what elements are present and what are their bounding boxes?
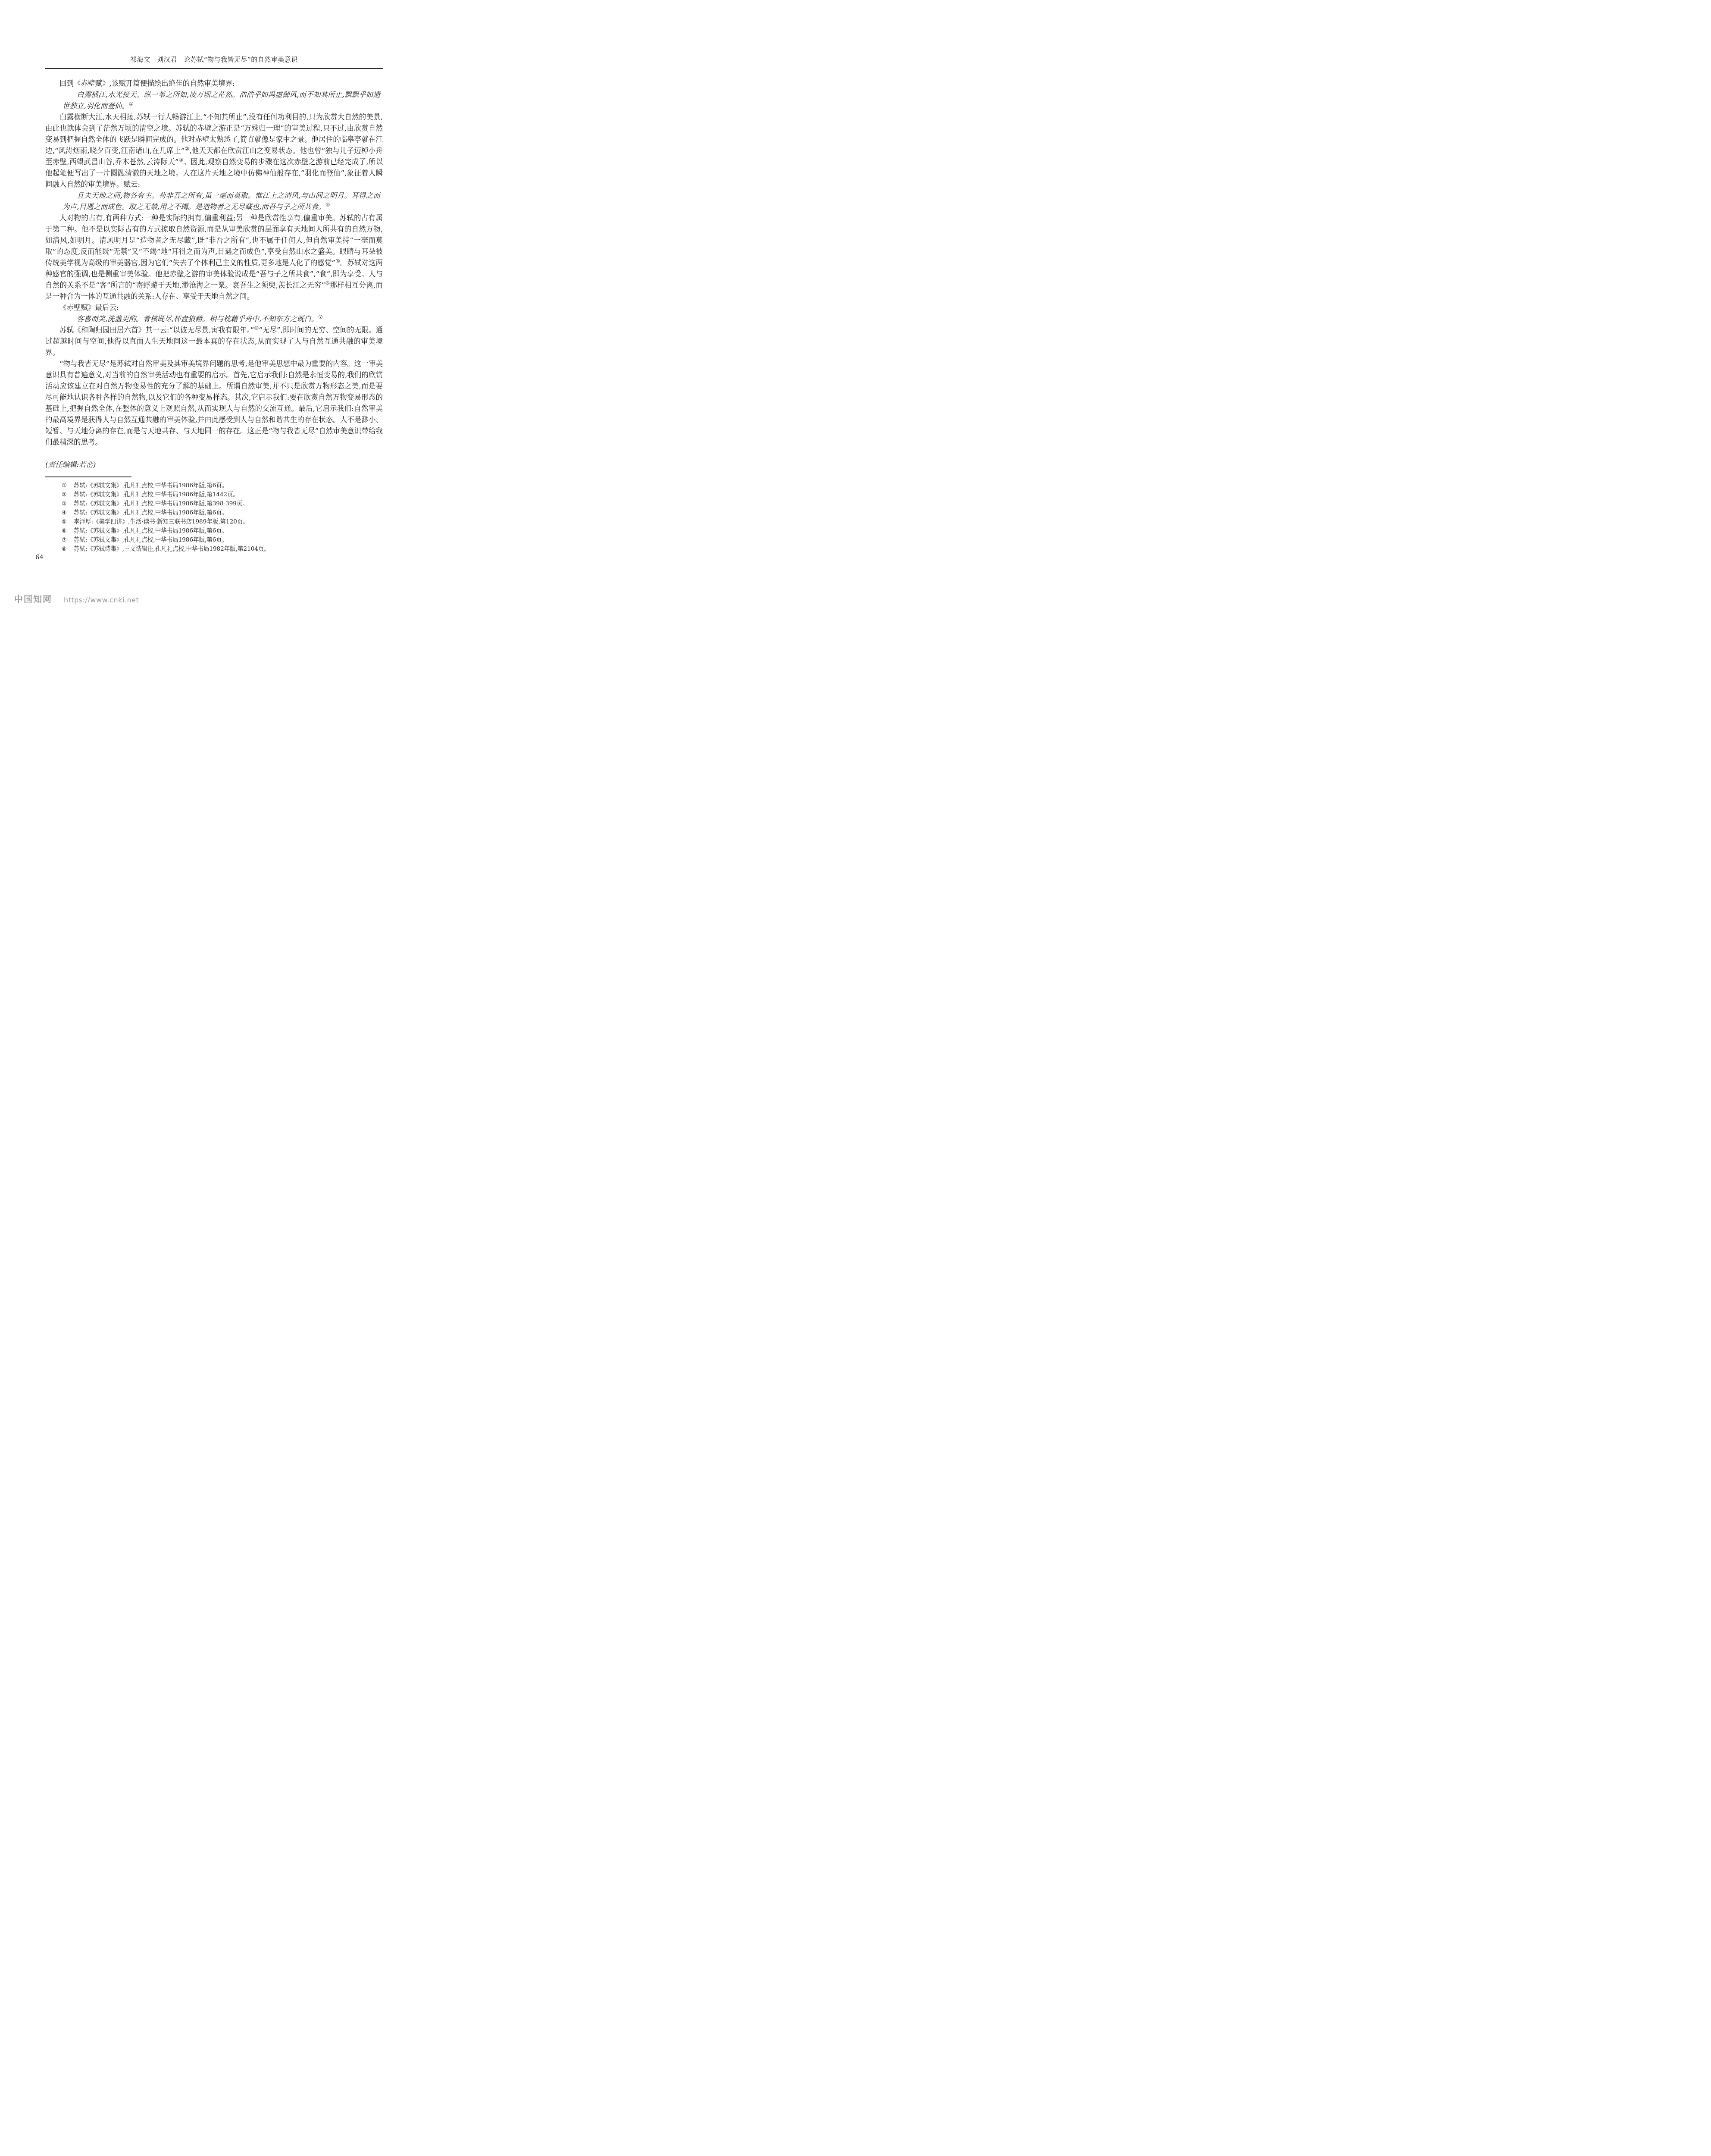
paragraph: 人对物的占有,有两种方式:一种是实际的拥有,偏重利益;另一种是欣赏性享有,偏重审… xyxy=(45,213,383,302)
footnote-text: 苏轼:《苏轼文集》,孔凡礼点校,中华书局1986年版,第6页。 xyxy=(74,481,383,490)
footnote: ⑧ 苏轼:《苏轼诗集》,王文诰辑注,孔凡礼点校,中华书局1982年版,第2104… xyxy=(62,545,383,554)
footnote-text: 苏轼:《苏轼文集》,孔凡礼点校,中华书局1986年版,第1442页。 xyxy=(74,490,383,499)
footnote-text: 苏轼:《苏轼文集》,孔凡礼点校,中华书局1986年版,第398-399页。 xyxy=(74,499,383,508)
footnote: ⑦ 苏轼:《苏轼文集》,孔凡礼点校,中华书局1986年版,第6页。 xyxy=(62,536,383,545)
footnote-marker: ② xyxy=(62,491,69,499)
footnote-marker: ③ xyxy=(62,500,69,508)
header-divider xyxy=(45,68,383,69)
footnote-marker: ⑦ xyxy=(62,536,69,545)
cnki-footer: 中国知网 https://www.cnki.net xyxy=(14,592,139,605)
footnote-marker: ④ xyxy=(62,509,69,517)
editor-credit: (责任编辑:若峦) xyxy=(45,459,383,470)
running-head: 祁海文 刘汉君 论苏轼“物与我皆无尽”的自然审美意识 xyxy=(45,55,383,64)
footnote-text: 李泽厚:《美学四讲》,生活·读书·新知三联书店1989年版,第120页。 xyxy=(74,517,383,526)
cnki-brand-text: 中国知网 xyxy=(14,592,52,605)
block-quote: 白露横江,水光接天。纵一苇之所如,凌万顷之茫然。浩浩乎如冯虚御风,而不知其所止,… xyxy=(63,89,380,112)
footnote-text: 苏轼:《苏轼文集》,孔凡礼点校,中华书局1986年版,第6页。 xyxy=(74,536,383,544)
cnki-url: https://www.cnki.net xyxy=(64,596,139,604)
footnote-list: ① 苏轼:《苏轼文集》,孔凡礼点校,中华书局1986年版,第6页。 ② 苏轼:《… xyxy=(62,481,383,554)
article-body: 回到《赤壁赋》,该赋开篇便描绘出绝佳的自然审美境界: 白露横江,水光接天。纵一苇… xyxy=(45,78,383,554)
footnote-text: 苏轼:《苏轼文集》,孔凡礼点校,中华书局1986年版,第6页。 xyxy=(74,526,383,535)
footnote-marker: ⑥ xyxy=(62,527,69,536)
footnote: ② 苏轼:《苏轼文集》,孔凡礼点校,中华书局1986年版,第1442页。 xyxy=(62,490,383,499)
journal-page: 祁海文 刘汉君 论苏轼“物与我皆无尽”的自然审美意识 回到《赤壁赋》,该赋开篇便… xyxy=(0,0,428,617)
page-number: 64 xyxy=(35,553,44,561)
block-quote: 且夫天地之间,物各有主。苟非吾之所有,虽一毫而莫取。惟江上之清风,与山间之明月。… xyxy=(63,190,380,213)
paragraph: 白露横断大江,水天相接,苏轼一行人畅游江上,“不知其所止”,没有任何功利目的,只… xyxy=(45,112,383,190)
footnote: ⑤ 李泽厚:《美学四讲》,生活·读书·新知三联书店1989年版,第120页。 xyxy=(62,517,383,526)
footnote-marker: ⑧ xyxy=(62,545,69,554)
paragraph: “物与我皆无尽”是苏轼对自然审美及其审美境界问题的思考,是他审美思想中最为重要的… xyxy=(45,358,383,448)
footnote-marker: ⑤ xyxy=(62,518,69,526)
footnote-text: 苏轼:《苏轼文集》,孔凡礼点校,中华书局1986年版,第6页。 xyxy=(74,508,383,517)
footnote: ③ 苏轼:《苏轼文集》,孔凡礼点校,中华书局1986年版,第398-399页。 xyxy=(62,499,383,508)
footnote-marker: ① xyxy=(62,482,69,490)
footnote-divider xyxy=(45,476,131,477)
footnote: ⑥ 苏轼:《苏轼文集》,孔凡礼点校,中华书局1986年版,第6页。 xyxy=(62,526,383,536)
block-quote: 客喜而笑,洗盏更酌。肴核既尽,杯盘狼藉。相与枕藉乎舟中,不知东方之既白。⑦ xyxy=(63,313,380,325)
footnote: ① 苏轼:《苏轼文集》,孔凡礼点校,中华书局1986年版,第6页。 xyxy=(62,481,383,490)
paragraph: 回到《赤壁赋》,该赋开篇便描绘出绝佳的自然审美境界: xyxy=(45,78,383,89)
paragraph: 苏轼《和陶归园田居六首》其一云:“以彼无尽景,寓我有限年。”⑧“无尽”,即时间的… xyxy=(45,325,383,358)
footnote-text: 苏轼:《苏轼诗集》,王文诰辑注,孔凡礼点校,中华书局1982年版,第2104页。 xyxy=(74,545,383,553)
footnote: ④ 苏轼:《苏轼文集》,孔凡礼点校,中华书局1986年版,第6页。 xyxy=(62,508,383,517)
paragraph: 《赤壁赋》最后云: xyxy=(45,302,383,313)
